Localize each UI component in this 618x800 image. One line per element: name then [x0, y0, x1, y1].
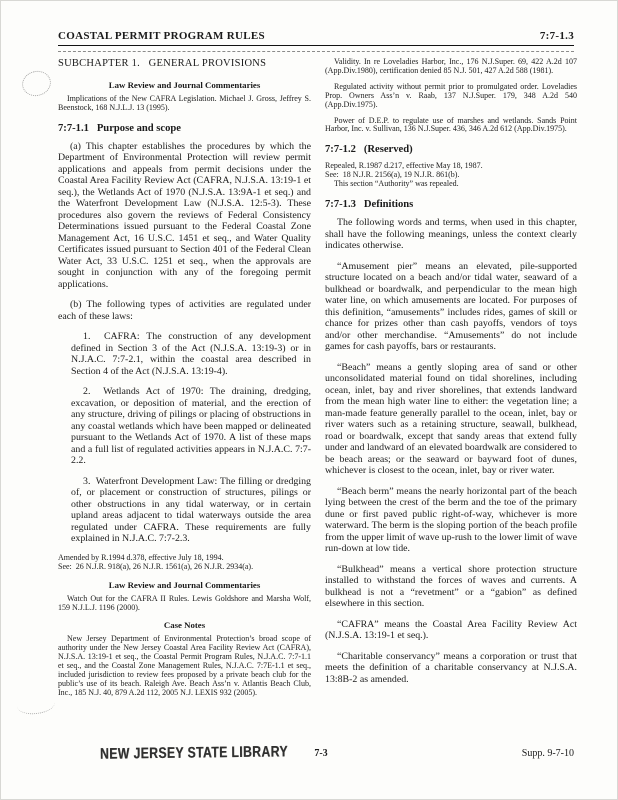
- header-rule-solid: [58, 45, 574, 46]
- definition-cafra: “CAFRA” means the Coastal Area Facility …: [325, 619, 577, 642]
- definition-bulkhead: “Bulkhead” means a vertical shore protec…: [325, 564, 577, 610]
- left-column: SUBCHAPTER 1. GENERAL PROVISIONS Law Rev…: [58, 58, 311, 705]
- regulated-item-1-cafra: 1. CAFRA: The construction of any develo…: [71, 331, 311, 377]
- definition-beach-berm: “Beach berm” means the nearly horizontal…: [325, 486, 577, 555]
- right-column: Validity. In re Loveladies Harbor, Inc.,…: [325, 58, 577, 694]
- section-7-7-1-1-heading: 7:7-1.1 Purpose and scope: [58, 123, 311, 134]
- law-review-heading-1: Law Review and Journal Commentaries: [58, 80, 311, 90]
- case-note-raleigh: New Jersey Department of Environmental P…: [58, 635, 311, 697]
- header-title: COASTAL PERMIT PROGRAM RULES: [58, 30, 265, 42]
- law-review-heading-2: Law Review and Journal Commentaries: [58, 580, 311, 590]
- law-review-text-2: Watch Out for the CAFRA II Rules. Lewis …: [58, 595, 311, 613]
- page-header: COASTAL PERMIT PROGRAM RULES 7:7-1.3: [58, 30, 574, 42]
- case-note-regulated-activity: Regulated activity without permit prior …: [325, 83, 577, 110]
- document-page: COASTAL PERMIT PROGRAM RULES 7:7-1.3 SUB…: [0, 0, 618, 800]
- definition-amusement-pier: “Amusement pier” means an elevated, pile…: [325, 261, 577, 353]
- definitions-intro: The following words and terms, when used…: [325, 217, 577, 252]
- scan-smudge-top: [19, 68, 53, 99]
- supplement-label: Supp. 9-7-10: [522, 748, 574, 759]
- authority-repealed-note: This section “Authority” was repealed.: [325, 180, 577, 189]
- see-citation-line: See: 26 N.J.R. 918(a), 26 N.J.R. 1561(a)…: [58, 563, 311, 572]
- definition-charitable-conservancy: “Charitable conservancy” means a corpora…: [325, 651, 577, 686]
- law-review-text-1: Implications of the New CAFRA Legislatio…: [58, 95, 311, 113]
- scan-smudge-bottom: [16, 693, 56, 716]
- purpose-paragraph-b: (b) The following types of activities ar…: [58, 299, 311, 322]
- regulated-item-3-waterfront: 3. Waterfront Development Law: The filli…: [71, 476, 311, 545]
- header-section-ref: 7:7-1.3: [540, 30, 574, 42]
- regulated-item-2-wetlands: 2. Wetlands Act of 1970: The draining, d…: [71, 386, 311, 467]
- section-7-7-1-2-heading: 7:7-1.2 (Reserved): [325, 144, 577, 155]
- header-rule-broken: [58, 51, 574, 52]
- definition-beach: “Beach” means a gently sloping area of s…: [325, 362, 577, 477]
- case-notes-heading: Case Notes: [58, 620, 311, 630]
- section-7-7-1-3-heading: 7:7-1.3 Definitions: [325, 199, 577, 210]
- case-note-power-of-dep: Power of D.E.P. to regulate use of marsh…: [325, 117, 577, 135]
- purpose-paragraph-a: (a) This chapter establishes the procedu…: [58, 141, 311, 291]
- subchapter-heading: SUBCHAPTER 1. GENERAL PROVISIONS: [58, 58, 311, 69]
- case-note-validity: Validity. In re Loveladies Harbor, Inc.,…: [325, 58, 577, 76]
